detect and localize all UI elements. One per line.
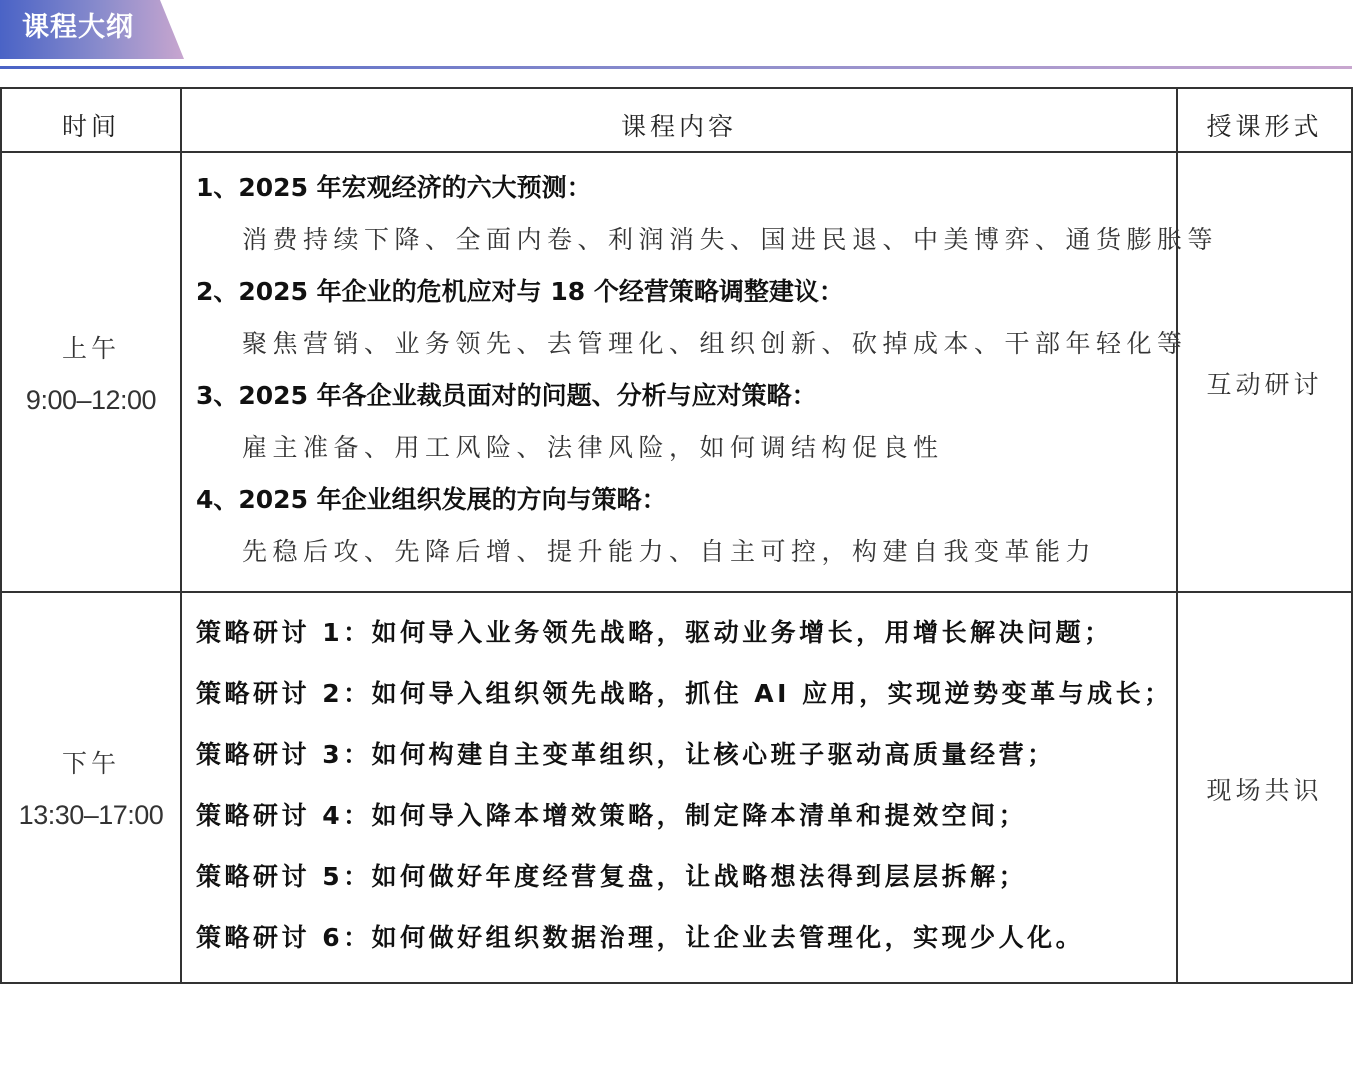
topic-title: 2、2025 年企业的危机应对与 18 个经营策略调整建议： (196, 275, 1176, 327)
column-header-format: 授课形式 (1177, 88, 1352, 152)
table-row-afternoon: 下午 13:30–17:00 策略研讨 1：如何导入业务领先战略，驱动业务增长，… (1, 592, 1352, 983)
strategy-list: 策略研讨 1：如何导入业务领先战略，驱动业务增长，用增长解决问题； 策略研讨 2… (182, 593, 1176, 982)
period-label: 上午 (2, 329, 180, 365)
table-row-morning: 上午 9:00–12:00 1、2025 年宏观经济的六大预测： 消费持续下降、… (1, 152, 1352, 592)
content-cell-morning: 1、2025 年宏观经济的六大预测： 消费持续下降、全面内卷、利润消失、国进民退… (181, 152, 1177, 592)
title-divider (0, 66, 1352, 69)
period-label: 下午 (2, 744, 180, 780)
topic-detail: 先稳后攻、先降后增、提升能力、自主可控，构建自我变革能力 (196, 535, 1176, 587)
time-range: 13:30–17:00 (2, 800, 180, 831)
strategy-item: 策略研讨 6：如何做好组织数据治理，让企业去管理化，实现少人化。 (196, 921, 1176, 982)
strategy-item: 策略研讨 4：如何导入降本增效策略，制定降本清单和提效空间； (196, 799, 1176, 860)
content-cell-afternoon: 策略研讨 1：如何导入业务领先战略，驱动业务增长，用增长解决问题； 策略研讨 2… (181, 592, 1177, 983)
table-header-row: 时间 课程内容 授课形式 (1, 88, 1352, 152)
time-cell-afternoon: 下午 13:30–17:00 (1, 592, 181, 983)
section-title: 课程大纲 (22, 10, 134, 46)
strategy-item: 策略研讨 5：如何做好年度经营复盘，让战略想法得到层层拆解； (196, 860, 1176, 921)
column-header-content: 课程内容 (181, 88, 1177, 152)
column-header-time: 时间 (1, 88, 181, 152)
format-cell-afternoon: 现场共识 (1177, 592, 1352, 983)
strategy-item: 策略研讨 3：如何构建自主变革组织，让核心班子驱动高质量经营； (196, 738, 1176, 799)
time-range: 9:00–12:00 (2, 385, 180, 416)
topic-title: 1、2025 年宏观经济的六大预测： (196, 171, 1176, 223)
topic-detail: 消费持续下降、全面内卷、利润消失、国进民退、中美博弈、通货膨胀等 (196, 223, 1176, 275)
strategy-item: 策略研讨 1：如何导入业务领先战略，驱动业务增长，用增长解决问题； (196, 616, 1176, 677)
time-cell-morning: 上午 9:00–12:00 (1, 152, 181, 592)
topic-detail: 聚焦营销、业务领先、去管理化、组织创新、砍掉成本、干部年轻化等 (196, 327, 1176, 379)
topic-title: 4、2025 年企业组织发展的方向与策略： (196, 483, 1176, 535)
format-cell-morning: 互动研讨 (1177, 152, 1352, 592)
topic-detail: 雇主准备、用工风险、法律风险，如何调结构促良性 (196, 431, 1176, 483)
topic-list: 1、2025 年宏观经济的六大预测： 消费持续下降、全面内卷、利润消失、国进民退… (182, 153, 1176, 587)
strategy-item: 策略研讨 2：如何导入组织领先战略，抓住 AI 应用，实现逆势变革与成长； (196, 677, 1176, 738)
course-outline-table: 时间 课程内容 授课形式 上午 9:00–12:00 1、2025 年宏观经济的… (0, 87, 1353, 984)
topic-title: 3、2025 年各企业裁员面对的问题、分析与应对策略： (196, 379, 1176, 431)
